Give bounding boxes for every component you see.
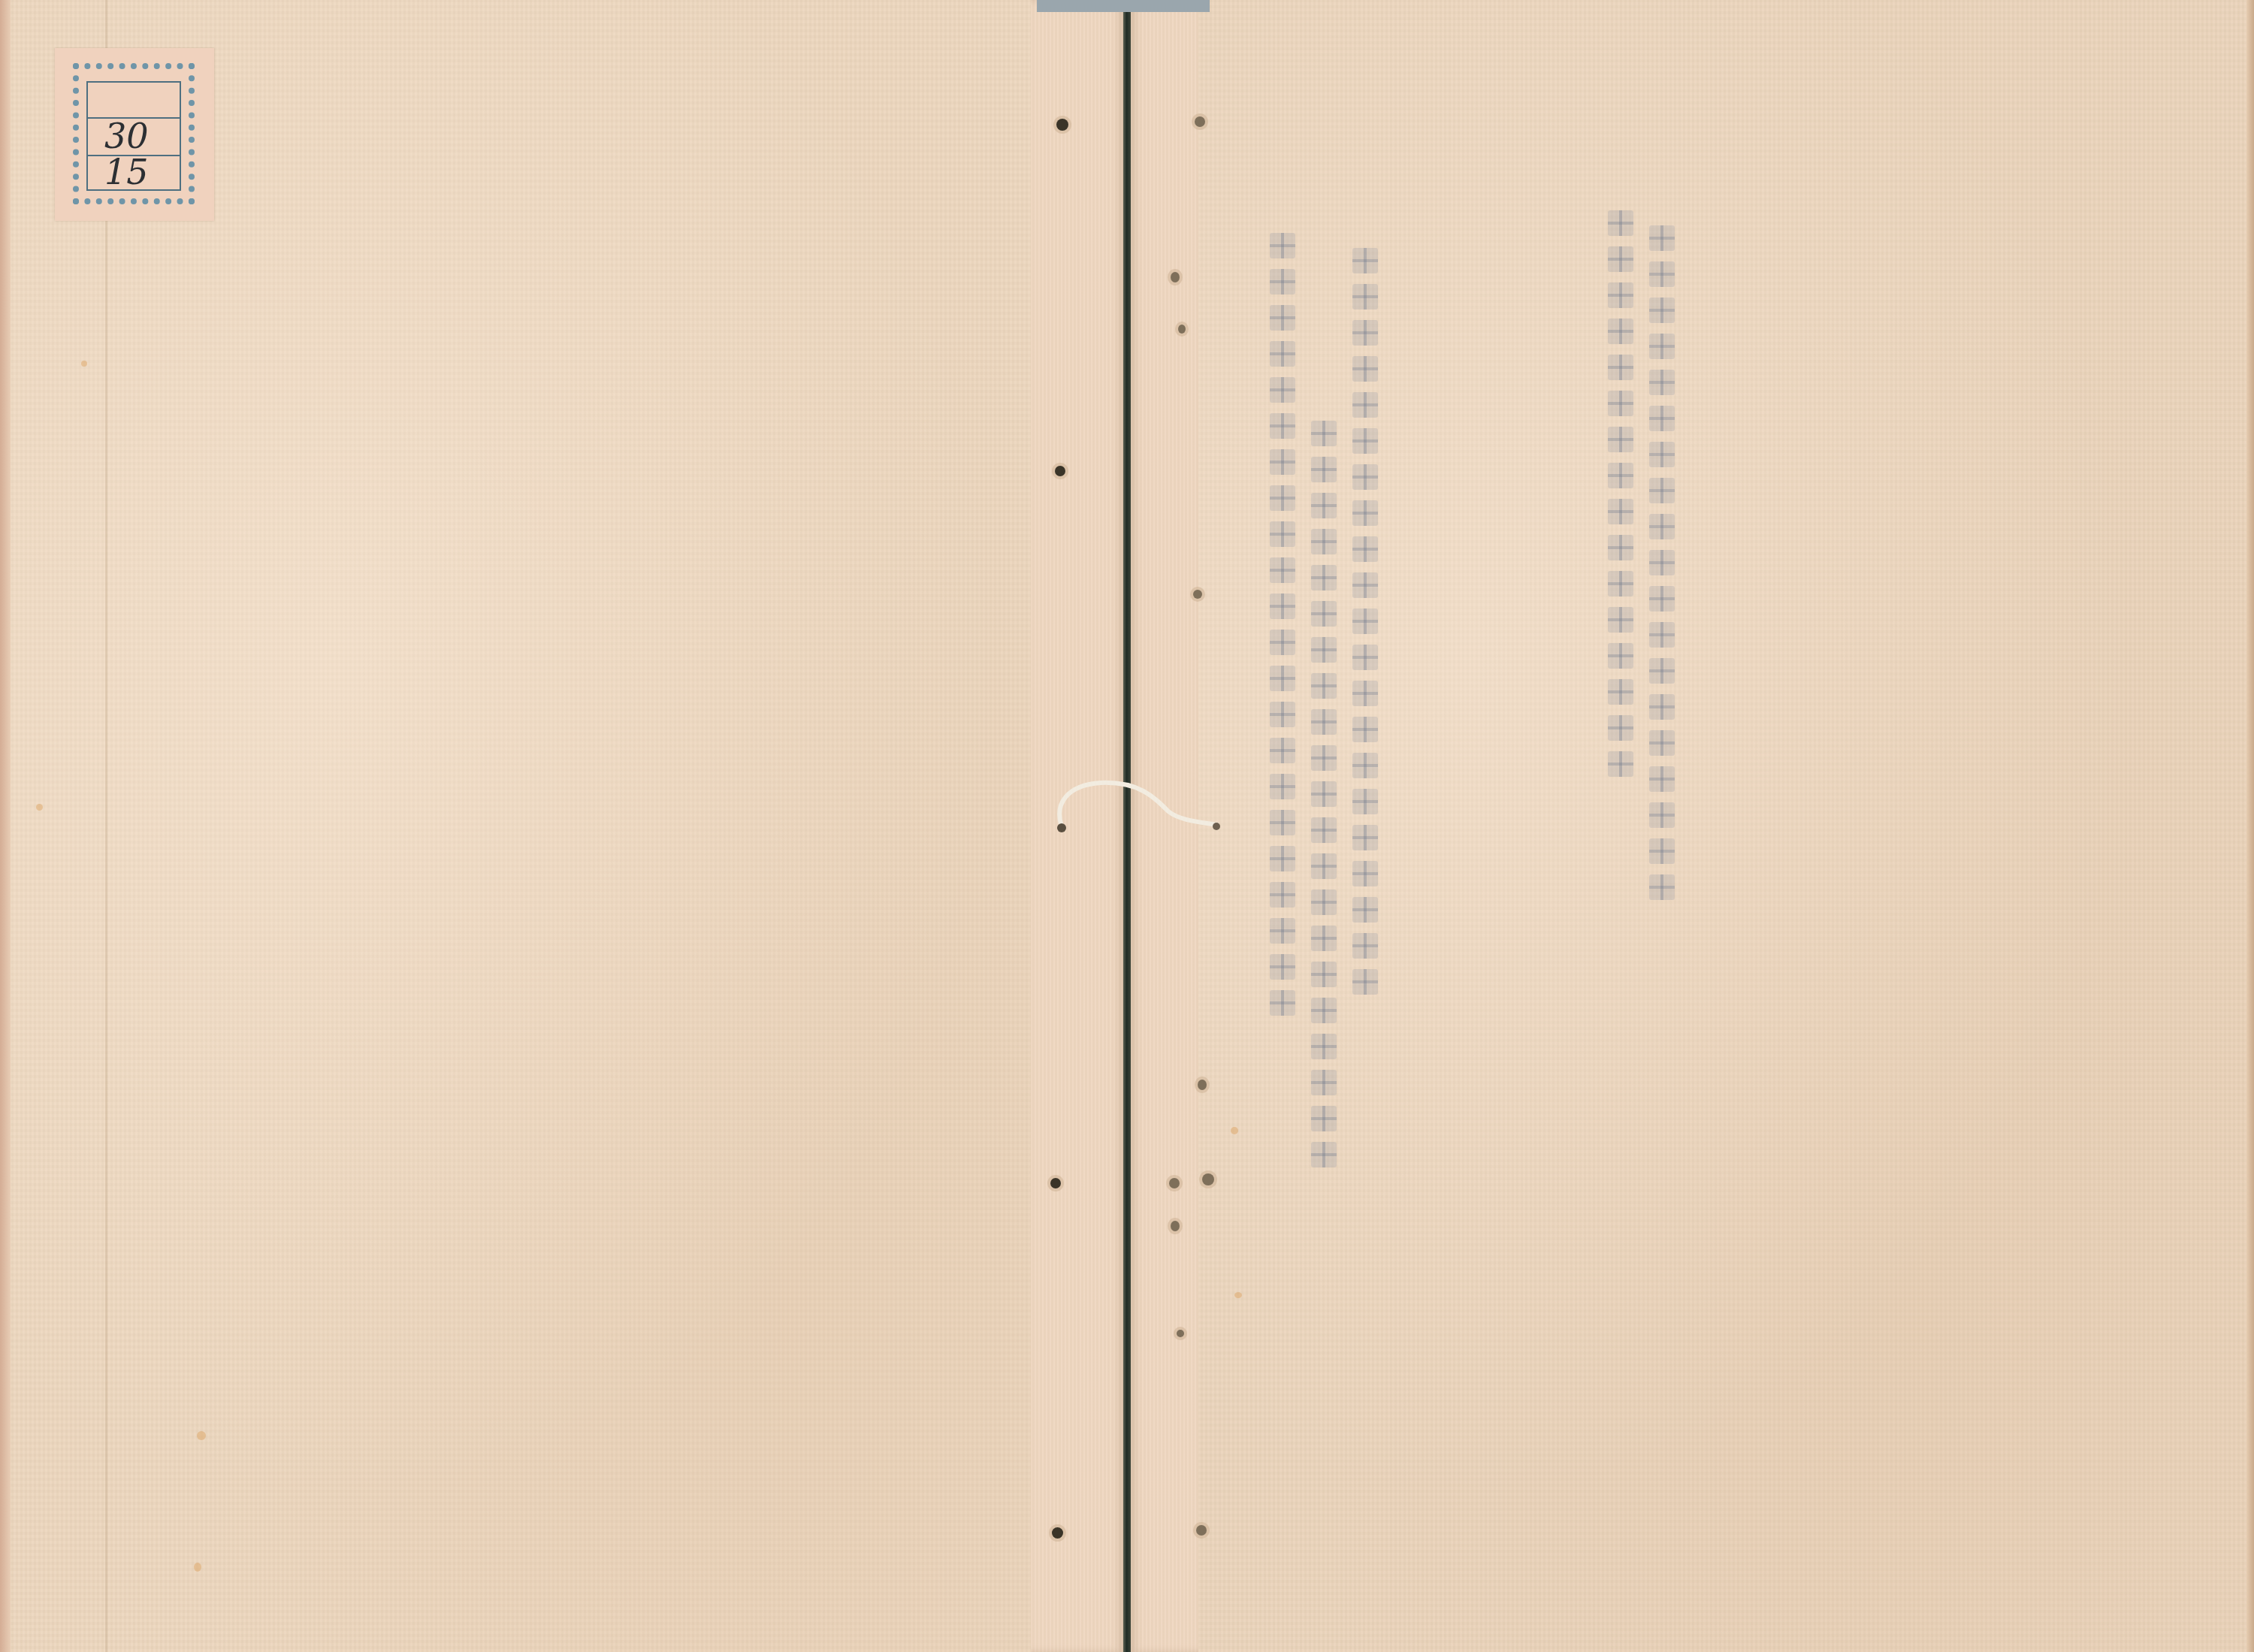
binding-hole (1055, 466, 1065, 476)
label-number-bottom: 15 (104, 152, 149, 192)
foxing-stain (194, 1563, 201, 1572)
right-page-edge (2246, 0, 2254, 1652)
binding-hole (1196, 1525, 1207, 1536)
label-inner-frame: 30 15 (86, 81, 181, 191)
binding-hole (1198, 1080, 1207, 1090)
label-number-top: 30 (104, 116, 149, 156)
back-cover (0, 0, 1123, 1652)
left-page-edge (0, 0, 11, 1652)
binding-hole (1193, 590, 1202, 599)
foxing-stain (197, 1431, 206, 1440)
bleed-through-text-column (1649, 225, 1679, 900)
book-spread: 30 15 (0, 0, 2254, 1652)
bleed-through-text-column (1608, 210, 1638, 777)
binding-hole (1056, 119, 1068, 131)
binding-thread (1048, 774, 1221, 834)
binding-hole (1171, 272, 1180, 282)
bleed-through-text-column (1270, 233, 1300, 1016)
foxing-stain (36, 804, 43, 811)
background-strip (1037, 0, 1210, 12)
foxing-stain (81, 361, 87, 367)
foxing-stain (1234, 1292, 1242, 1298)
binding-hole (1052, 1527, 1063, 1539)
fold-crease (105, 0, 107, 1652)
binding-hole (1050, 1178, 1061, 1188)
binding-hole (1178, 325, 1186, 334)
binding-hole (1195, 116, 1205, 127)
shelf-label: 30 15 (55, 48, 214, 221)
binding-hole (1171, 1221, 1180, 1231)
bleed-through-text-column (1311, 421, 1341, 1167)
binding-hole (1169, 1178, 1180, 1188)
binding-hole (1202, 1173, 1214, 1185)
foxing-stain (1231, 1127, 1238, 1134)
bleed-through-text-column (1352, 248, 1382, 995)
binding-hole (1177, 1330, 1184, 1337)
